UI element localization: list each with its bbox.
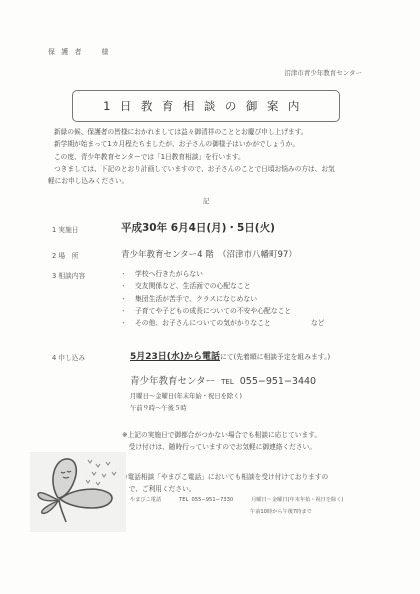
list-item: ・その他、お子さんについての気がかりなことなど	[120, 317, 324, 329]
center-days: 月曜日～金曜日(年末年始・祝日を除く)	[130, 391, 242, 403]
bullet: ・	[120, 317, 135, 329]
list-item: ・学校へ行きたがらない	[120, 268, 324, 280]
date-label: 1 実施日	[52, 224, 78, 234]
title-box: 1日教育相談の御案内	[72, 90, 340, 122]
note-alt-dates: ※上記の実施日で御都合がつかない場合でも相談に応じています。 受け付けは、随時行…	[122, 429, 321, 454]
list-item: ・子育てや子どもの成長についての不安や心配なこと	[120, 305, 324, 317]
addressee: 保 護 者 様	[48, 47, 110, 57]
greeting-line: 軽にお申し込みください。	[48, 175, 378, 187]
nado-suffix: など	[311, 319, 325, 327]
place-label: 2 場 所	[52, 250, 78, 260]
tel-label: TEL	[221, 378, 234, 386]
bullet: ・	[120, 305, 135, 317]
greeting-line: つきましては、下記のとおり計画していますので、お子さんのことで日頃お悩みの方は、…	[48, 163, 378, 175]
apply-start-date: 5月23日(水)から電話	[130, 352, 220, 362]
center-tel: 055−951−3440	[240, 376, 316, 387]
greeting-line: この度、青少年教育センターでは「1日教育相談」を行います。	[48, 151, 378, 163]
content-list: ・学校へ行きたがらない ・交友関係など、生活面での心配なこと ・集団生活が苦手で…	[120, 268, 324, 329]
center-hours: 月曜日～金曜日(年末年始・祝日を除く) 午前９時～午後５時	[130, 391, 242, 414]
date-value: 平成30年 6月4日(月)・5日(火)	[121, 220, 275, 235]
center-contact: 青少年教育センターTEL055−951−3440	[130, 373, 316, 387]
center-name: 青少年教育センター	[130, 376, 215, 387]
yamabiko-name: やまびこ電話	[130, 497, 161, 503]
list-item: ・交友関係など、生活面での心配なこと	[120, 280, 324, 292]
content-label: 3 相談内容	[52, 270, 85, 280]
document-page: 保 護 者 様 沼津市青少年教育センター 1日教育相談の御案内 新緑の候、保護者…	[0, 0, 420, 594]
yamabiko-tel: 055−951−7330	[191, 497, 233, 503]
place-value: 青少年教育センター4 階 （沼津市八幡町97）	[121, 248, 297, 260]
yamabiko-contact: やまびこ電話TEL055−951−7330月曜日～金曜日(年末年始・祝日を除く)	[130, 496, 361, 503]
sender: 沼津市青少年教育センター	[284, 68, 362, 77]
apply-line: 5月23日(水)から電話にて(先着順に相談予定を組みます。)	[130, 349, 330, 362]
bullet: ・	[120, 268, 135, 280]
ki-heading: 記	[203, 196, 210, 205]
apply-note: にて(先着順に相談予定を組みます。)	[220, 353, 330, 361]
center-time: 午前９時～午後５時	[130, 403, 242, 415]
page-title: 1日教育相談の御案内	[103, 98, 309, 114]
greeting-line: 新学期が始まって1カ月程たちましたが、お子さんの御様子はいかがでしょうか。	[48, 138, 378, 150]
yamabiko-days: 月曜日～金曜日(年末年始・祝日を除く)	[251, 497, 343, 503]
note-yamabiko: ※電話相談「やまびこ電話」においても相談を受け付けておりますの で、ご利用くださ…	[122, 471, 328, 496]
yamabiko-hours: 午前10時から午後7時まで	[250, 508, 312, 515]
greeting-paragraph: 新緑の候、保護者の皆様におかれましては益々御清祥のこととお慶び申し上げます。 新…	[48, 126, 378, 187]
greeting-line: 新緑の候、保護者の皆様におかれましては益々御清祥のこととお慶び申し上げます。	[48, 126, 378, 138]
apply-label: 4 申し込み	[52, 352, 85, 362]
list-item: ・集団生活が苦手で、クラスになじめない	[120, 293, 324, 305]
tel-label: TEL	[179, 497, 188, 503]
bullet: ・	[120, 280, 135, 292]
leaf-character-illustration	[30, 452, 126, 532]
bullet: ・	[120, 293, 135, 305]
